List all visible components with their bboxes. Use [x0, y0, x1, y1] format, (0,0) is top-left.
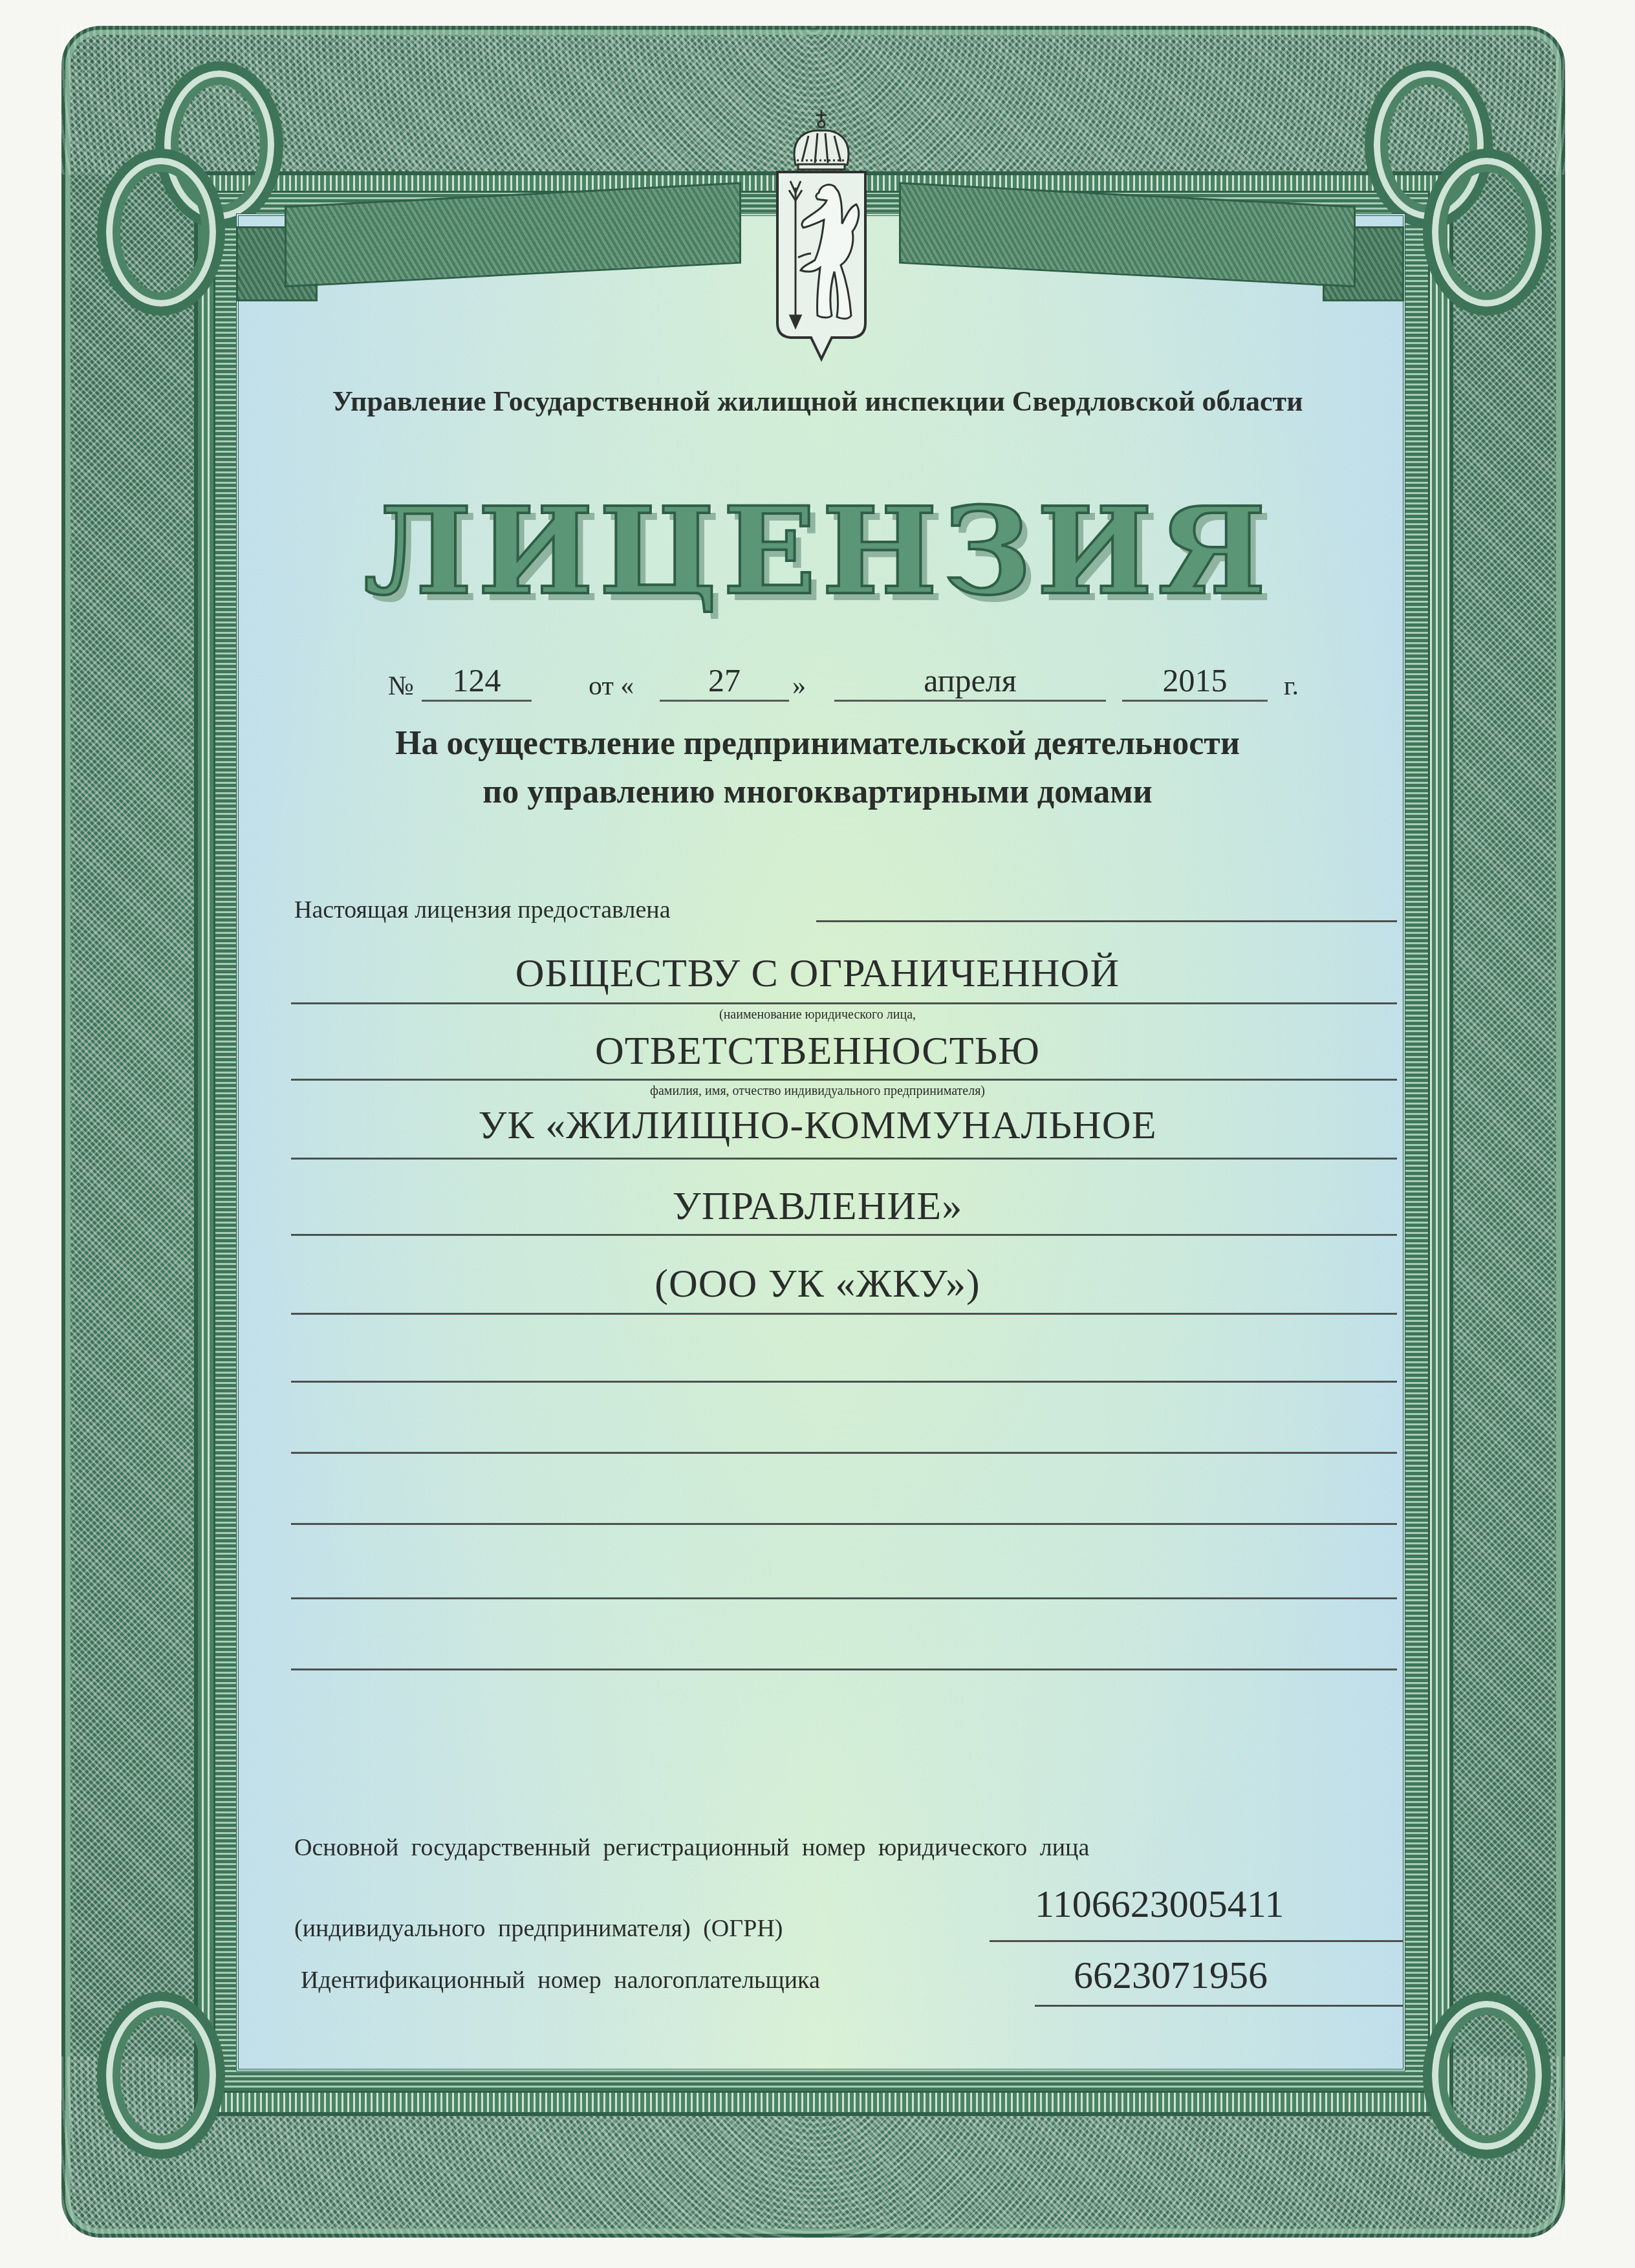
form-line — [291, 1158, 1397, 1160]
grantee-name-line-3: УК «ЖИЛИЩНО-КОММУНАЛЬНОЕ — [0, 1103, 1635, 1149]
purpose-line-1: На осуществление предпринимательской дея… — [0, 724, 1635, 762]
inn-value: 6623071956 — [1074, 1953, 1268, 1998]
purpose-line-2: по управлению многоквартирными домами — [0, 773, 1635, 811]
blank-form-line — [291, 1452, 1397, 1454]
date-prefix: от « — [589, 671, 634, 702]
license-number-value: 124 — [422, 661, 532, 702]
form-line — [291, 1002, 1397, 1004]
document-title: ЛИЦЕНЗИЯ — [0, 480, 1635, 621]
inn-label: Идентификационный номер налогоплательщик… — [301, 1966, 820, 1994]
date-month-value: апреля — [834, 661, 1106, 702]
form-line — [816, 920, 1397, 922]
form-line — [291, 1079, 1397, 1081]
date-year-value: 2015 — [1122, 661, 1268, 702]
date-day-value: 27 — [660, 661, 789, 702]
grantee-name-line-2: ОТВЕТСТВЕННОСТЬЮ — [0, 1028, 1635, 1074]
form-line — [990, 1940, 1403, 1942]
ogrn-label-line-2: (индивидуального предпринимателя) (ОГРН) — [294, 1914, 783, 1943]
corner-scroll-ornament-top-left-2 — [97, 149, 225, 316]
blank-form-line — [291, 1597, 1397, 1599]
number-label: № — [388, 671, 414, 702]
blank-form-line — [291, 1523, 1397, 1525]
corner-scroll-ornament-top-right-2 — [1423, 149, 1551, 316]
license-number-row: № 124 от « 27 » апреля 2015 г. — [388, 656, 1294, 702]
ogrn-label-line-1: Основной государственный регистрационный… — [294, 1833, 1089, 1862]
blank-form-line — [291, 1669, 1397, 1670]
grantee-name-line-4: УПРАВЛЕНИЕ» — [0, 1183, 1635, 1229]
date-day-close: » — [792, 671, 806, 702]
form-line — [291, 1234, 1397, 1236]
issuing-authority: Управление Государственной жилищной инсп… — [0, 385, 1635, 418]
form-line — [291, 1313, 1397, 1315]
year-suffix: г. — [1284, 671, 1299, 702]
corner-scroll-ornament-bottom-left — [97, 1992, 225, 2159]
grantee-name-line-1: ОБЩЕСТВУ С ОГРАНИЧЕННОЙ — [0, 951, 1635, 997]
corner-scroll-ornament-bottom-right — [1423, 1992, 1551, 2159]
coat-of-arms-icon — [770, 110, 873, 362]
grantee-short-name: (ООО УК «ЖКУ») — [0, 1261, 1635, 1307]
caption-individual: фамилия, имя, отчество индивидуального п… — [0, 1084, 1635, 1099]
blank-form-line — [291, 1381, 1397, 1383]
caption-legal-entity: (наименование юридического лица, — [0, 1008, 1635, 1022]
form-line — [1035, 2005, 1403, 2007]
granted-to-label: Настоящая лицензия предоставлена — [294, 896, 671, 924]
ogrn-value: 1106623005411 — [1035, 1882, 1284, 1927]
